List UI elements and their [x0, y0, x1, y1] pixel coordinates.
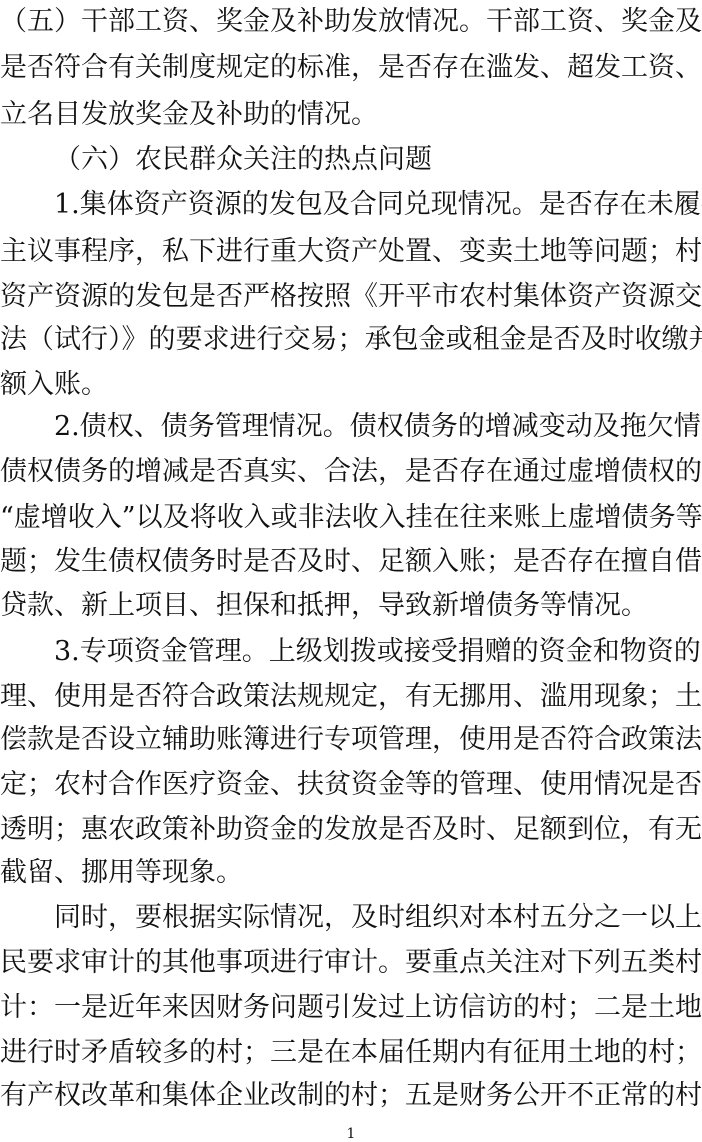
item-1-line-2: 主议事程序，私下进行重大资产处置、变卖土地等问题；村集体 [0, 230, 702, 274]
item-1-line-5: 额入账。 [0, 363, 702, 407]
item-1-line-4: 法（试行）》的要求进行交易；承包金或租金是否及时收缴并足 [0, 318, 702, 362]
conclusion-line-1: 同时，要根据实际情况，及时组织对本村五分之一以上的村 [0, 896, 702, 940]
document-page: （五）干部工资、奖金及补助发放情况。干部工资、奖金及补助 是否符合有关制度规定的… [0, 0, 702, 1142]
item-2-line-2: 债权债务的增减是否真实、合法，是否存在通过虚增债权的手段 [0, 450, 702, 494]
item-3-line-2: 理、使用是否符合政策法规规定，有无挪用、滥用现象；土地补 [0, 675, 702, 719]
item-2-line-4: 题；发生债权债务时是否及时、足额入账；是否存在擅自借款、 [0, 540, 702, 584]
item-3-line-5: 透明；惠农政策补助资金的发放是否及时、足额到位，有无挤占、 [0, 808, 702, 852]
paragraph-section-5-line-2: 是否符合有关制度规定的标准，是否存在滥发、超发工资、或巧 [0, 46, 702, 90]
item-1-line-3: 资产资源的发包是否严格按照《开平市农村集体资产资源交易办 [0, 275, 702, 319]
item-1-line-1: 1.集体资产资源的发包及合同兑现情况。是否存在未履行民 [0, 183, 702, 227]
item-2-line-5: 贷款、新上项目、担保和抵押，导致新增债务等情况。 [0, 584, 702, 628]
paragraph-section-5-line-1: （五）干部工资、奖金及补助发放情况。干部工资、奖金及补助 [0, 0, 702, 44]
conclusion-line-5: 有产权改革和集体企业改制的村；五是财务公开不正常的村。 [0, 1074, 702, 1118]
conclusion-line-2: 民要求审计的其他事项进行审计。要重点关注对下列五类村的审 [0, 941, 702, 985]
item-2-line-1: 2.债权、债务管理情况。债权债务的增减变动及拖欠情况； [0, 405, 702, 449]
paragraph-section-5-line-3: 立名目发放奖金及补助的情况。 [0, 93, 702, 137]
page-number: 1 [0, 1124, 702, 1142]
section-6-heading: （六）农民群众关注的热点问题 [0, 138, 702, 182]
item-3-line-6: 截留、挪用等现象。 [0, 851, 702, 895]
item-2-line-3: “虚增收入”以及将收入或非法收入挂在往来账上虚增债务等问 [0, 496, 702, 540]
conclusion-line-3: 计：一是近年来因财务问题引发过上访信访的村；二是土地确权 [0, 986, 702, 1030]
item-3-line-4: 定；农村合作医疗资金、扶贫资金等的管理、使用情况是否公开 [0, 763, 702, 807]
item-3-line-3: 偿款是否设立辅助账簿进行专项管理，使用是否符合政策法规规 [0, 718, 702, 762]
item-3-line-1: 3.专项资金管理。上级划拨或接受捐赠的资金和物资的管 [0, 630, 702, 674]
conclusion-line-4: 进行时矛盾较多的村；三是在本届任期内有征用土地的村；四是 [0, 1031, 702, 1075]
